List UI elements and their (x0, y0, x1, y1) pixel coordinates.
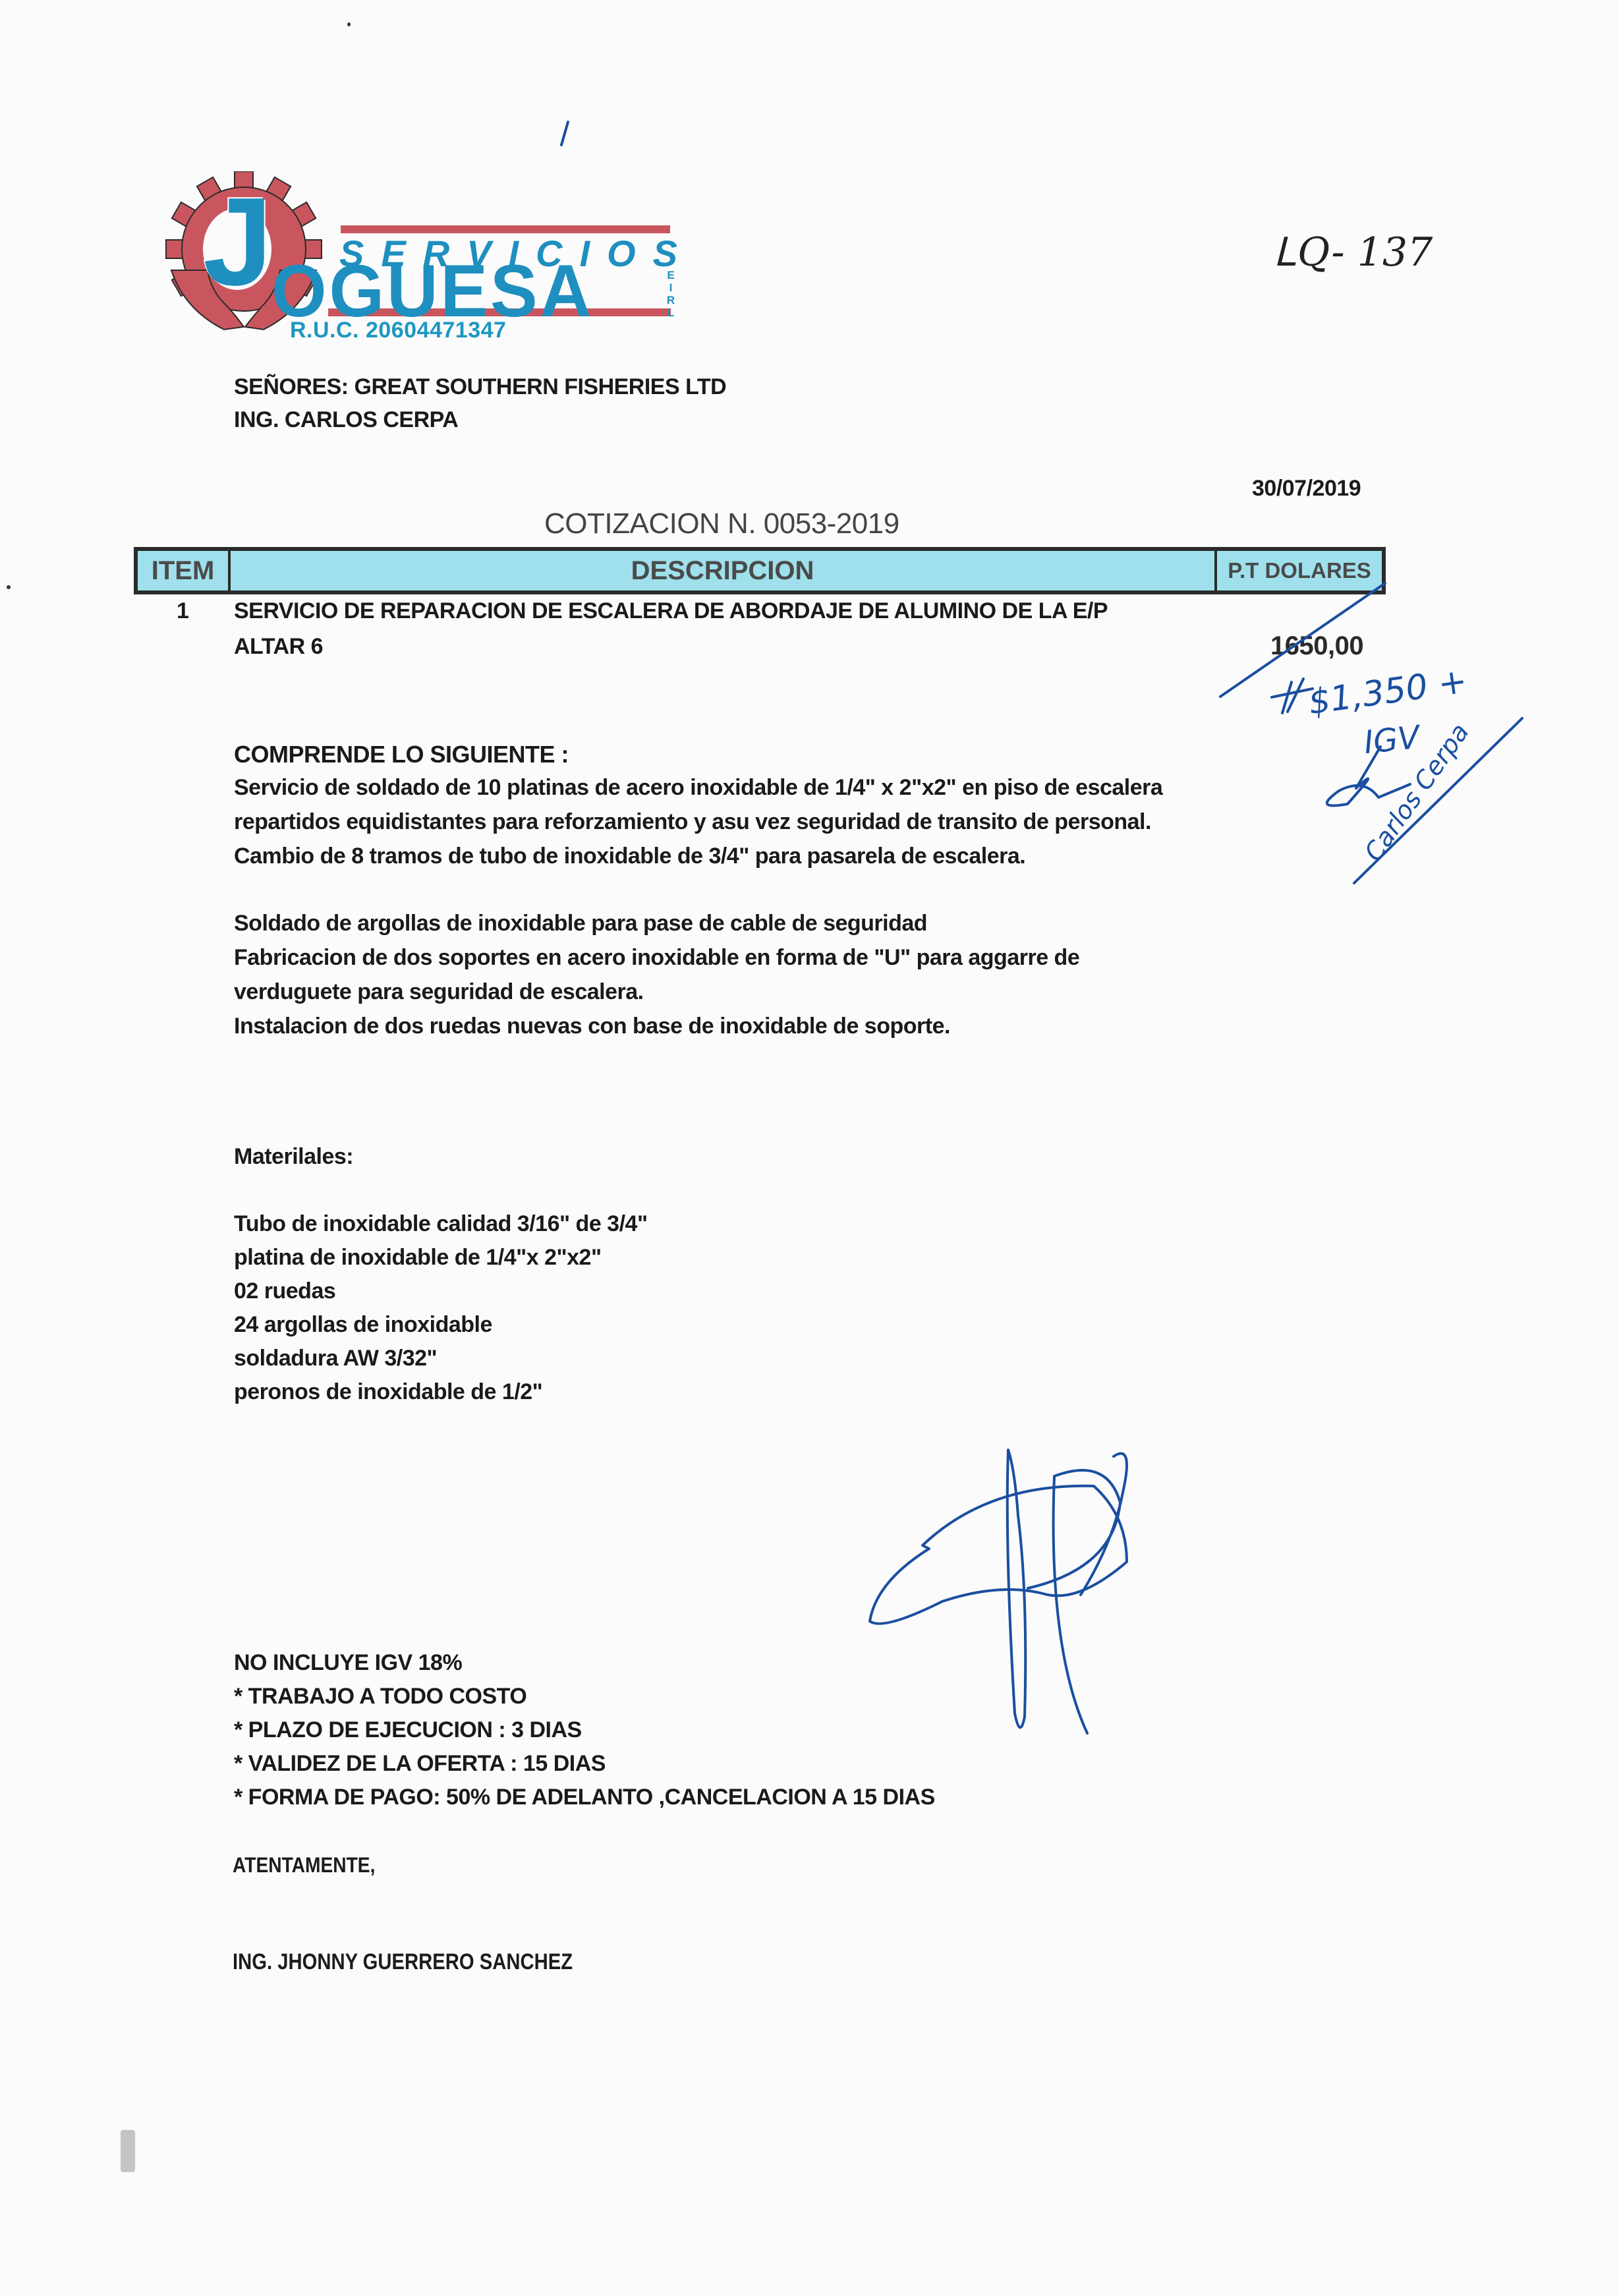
material-item: Tubo de inoxidable calidad 3/16" de 3/4" (234, 1211, 648, 1237)
condition-item: NO INCLUYE IGV 18% (234, 1650, 462, 1676)
row-item-number: 1 (177, 598, 188, 624)
header-price: P.T DOLARES (1217, 551, 1382, 590)
pen-mark (561, 122, 568, 145)
header-item: ITEM (138, 551, 231, 590)
condition-item: * VALIDEZ DE LA OFERTA : 15 DIAS (234, 1751, 606, 1777)
company-logo: SERVICIOS J OGUESA EIRL R.U.C. 206044713… (145, 171, 685, 343)
handwritten-reference: ᏞQ- 137 (1275, 229, 1433, 275)
handwritten-igv: IGV (1362, 719, 1421, 761)
logo-eirl-text: EIRL (664, 269, 677, 319)
quote-title: COTIZACION N. 0053-2019 (544, 507, 899, 540)
material-item: 24 argollas de inoxidable (234, 1312, 492, 1338)
scope-heading: COMPRENDE LO SIGUIENTE : (234, 741, 569, 768)
scan-speck (347, 22, 351, 26)
scope-line: Cambio de 8 tramos de tubo de inoxidable… (234, 844, 1025, 869)
company-ruc: R.U.C. 20604471347 (290, 318, 506, 343)
condition-item: * FORMA DE PAGO: 50% DE ADELANTO ,CANCEL… (234, 1785, 935, 1810)
scan-speck (7, 585, 11, 589)
material-item: soldadura AW 3/32" (234, 1346, 437, 1371)
recipient-company: SEÑORES: GREAT SOUTHERN FISHERIES LTD (234, 374, 726, 400)
scope-line: repartidos equidistantes para reforzamie… (234, 809, 1151, 835)
scope-line: verduguete para seguridad de escalera. (234, 979, 644, 1005)
scope-line: Servicio de soldado de 10 platinas de ac… (234, 775, 1162, 801)
signer-name: ING. JHONNY GUERRERO SANCHEZ (233, 1949, 573, 1975)
scan-artifact (121, 2130, 135, 2172)
scope-line: Soldado de argollas de inoxidable para p… (234, 911, 927, 936)
row-description-line2: ALTAR 6 (234, 634, 323, 660)
row-description-line1: SERVICIO DE REPARACION DE ESCALERA DE AB… (234, 598, 1108, 624)
material-item: 02 ruedas (234, 1278, 335, 1304)
condition-item: * PLAZO DE EJECUCION : 3 DIAS (234, 1717, 582, 1743)
material-item: peronos de inoxidable de 1/2" (234, 1379, 542, 1405)
material-item: platina de inoxidable de 1/4"x 2"x2" (234, 1245, 602, 1271)
materials-heading: Materilales: (234, 1144, 353, 1170)
row-price: 1650,00 (1270, 631, 1363, 661)
author-signature (1008, 1450, 1026, 1727)
logo-j-letter: J (203, 179, 273, 304)
scope-line: Fabricacion de dos soportes en acero ino… (234, 945, 1079, 971)
scope-line: Instalacion de dos ruedas nuevas con bas… (234, 1014, 950, 1039)
document-date: 30/07/2019 (1252, 476, 1361, 502)
closing-salutation: ATENTAMENTE, (233, 1853, 375, 1878)
recipient-contact: ING. CARLOS CERPA (234, 407, 458, 433)
quote-table-header: ITEM DESCRIPCION P.T DOLARES (134, 547, 1386, 594)
revised-price-text: $1,350 + (1306, 661, 1469, 722)
header-description: DESCRIPCION (231, 551, 1217, 590)
condition-item: * TRABAJO A TODO COSTO (234, 1684, 526, 1709)
handwritten-revised-price: $1,350 + (1306, 661, 1469, 722)
